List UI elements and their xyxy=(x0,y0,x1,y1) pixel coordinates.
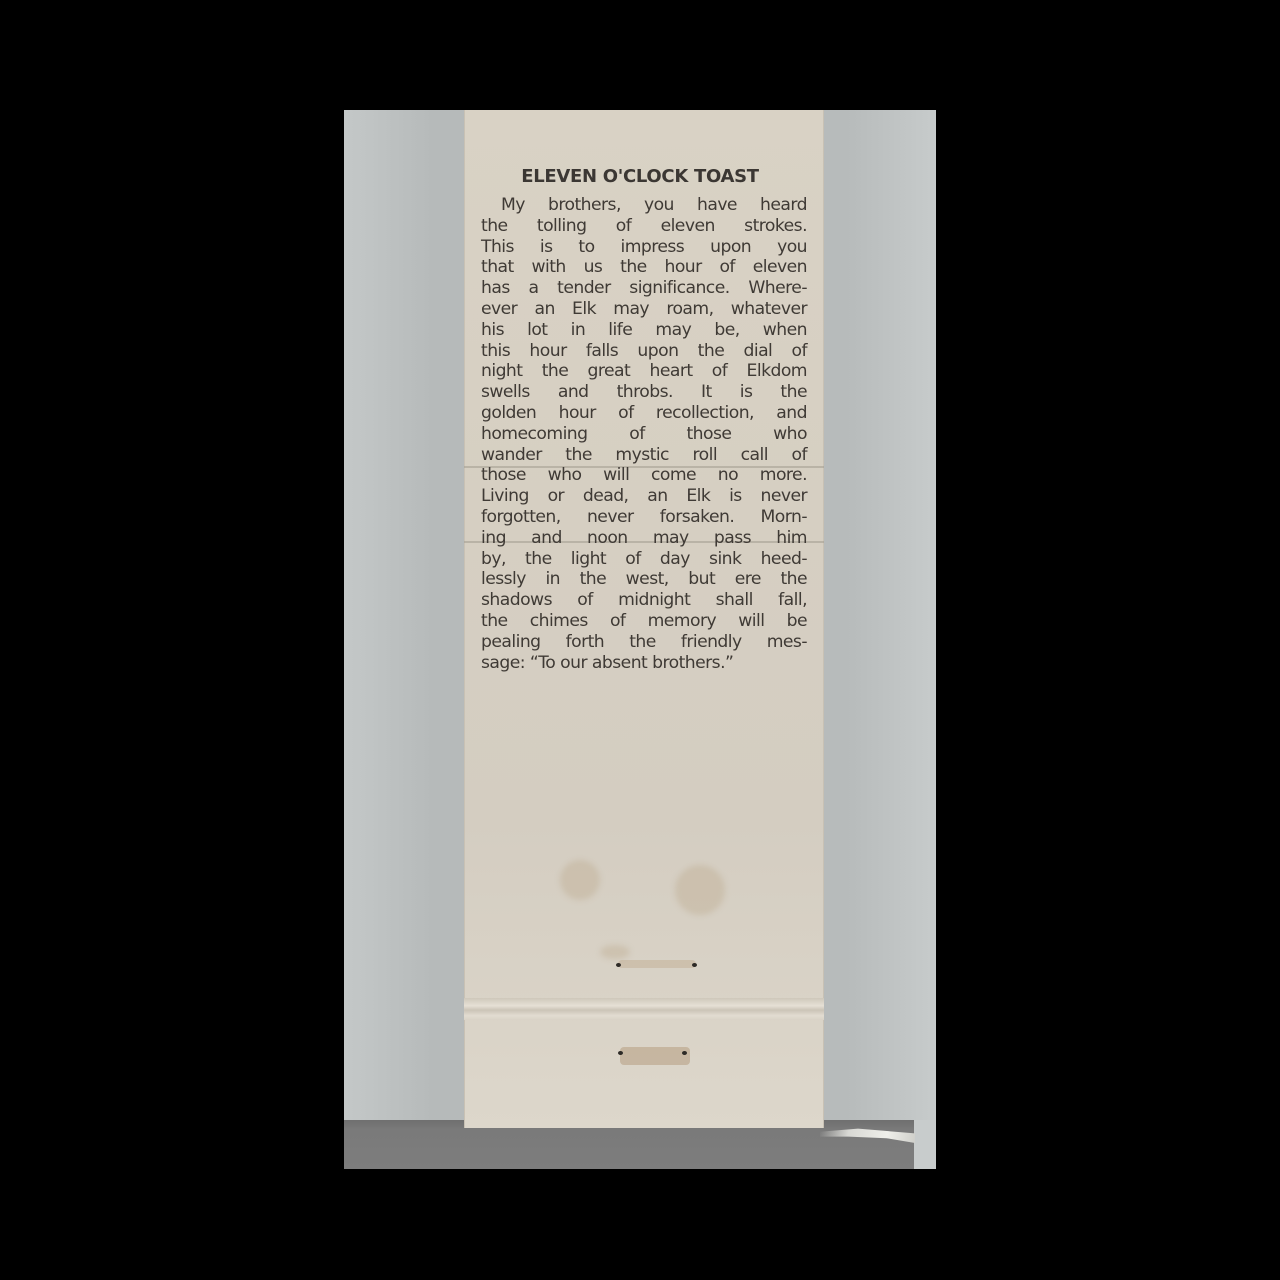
staple-mark xyxy=(620,1047,690,1065)
text-line: pealing forth the friendly mes- xyxy=(481,632,807,653)
text-line: has a tender significance. Where- xyxy=(481,278,807,299)
text-line: his lot in life may be, when xyxy=(481,320,807,341)
text-line: Living or dead, an Elk is never xyxy=(481,486,807,507)
text-line: sage: “To our absent brothers.” xyxy=(481,653,807,674)
text-line: that with us the hour of eleven xyxy=(481,257,807,278)
text-line: ever an Elk may roam, whatever xyxy=(481,299,807,320)
text-line: golden hour of recollection, and xyxy=(481,403,807,424)
text-line: wander the mystic roll call of xyxy=(481,445,807,466)
text-line: by, the light of day sink heed- xyxy=(481,549,807,570)
cover-crease xyxy=(464,998,824,1020)
text-line: ing and noon may pass him xyxy=(481,528,807,549)
text-line: this hour falls upon the dial of xyxy=(481,341,807,362)
staple-hole-icon xyxy=(682,1051,687,1055)
staple-hole-icon xyxy=(692,963,697,967)
text-line: those who will come no more. xyxy=(481,465,807,486)
text-line: shadows of midnight shall fall, xyxy=(481,590,807,611)
staple-mark xyxy=(618,960,696,968)
text-line: This is to impress upon you xyxy=(481,237,807,258)
staple-hole-icon xyxy=(618,1051,623,1055)
toast-title: ELEVEN O'CLOCK TOAST xyxy=(464,166,816,187)
staple-hole-icon xyxy=(616,963,621,967)
text-line: swells and throbs. It is the xyxy=(481,382,807,403)
text-line: night the great heart of Elkdom xyxy=(481,361,807,382)
backdrop-edge xyxy=(914,1120,936,1169)
text-line: My brothers, you have heard xyxy=(481,195,807,216)
stain-mark xyxy=(560,860,600,900)
stain-mark xyxy=(600,945,630,959)
text-line: the chimes of memory will be xyxy=(481,611,807,632)
text-line: homecoming of those who xyxy=(481,424,807,445)
toast-body: My brothers, you have heard the tolling … xyxy=(481,195,807,673)
text-line: lessly in the west, but ere the xyxy=(481,569,807,590)
text-line: the tolling of eleven strokes. xyxy=(481,216,807,237)
text-line: forgotten, never forsaken. Morn- xyxy=(481,507,807,528)
stain-mark xyxy=(675,865,725,915)
